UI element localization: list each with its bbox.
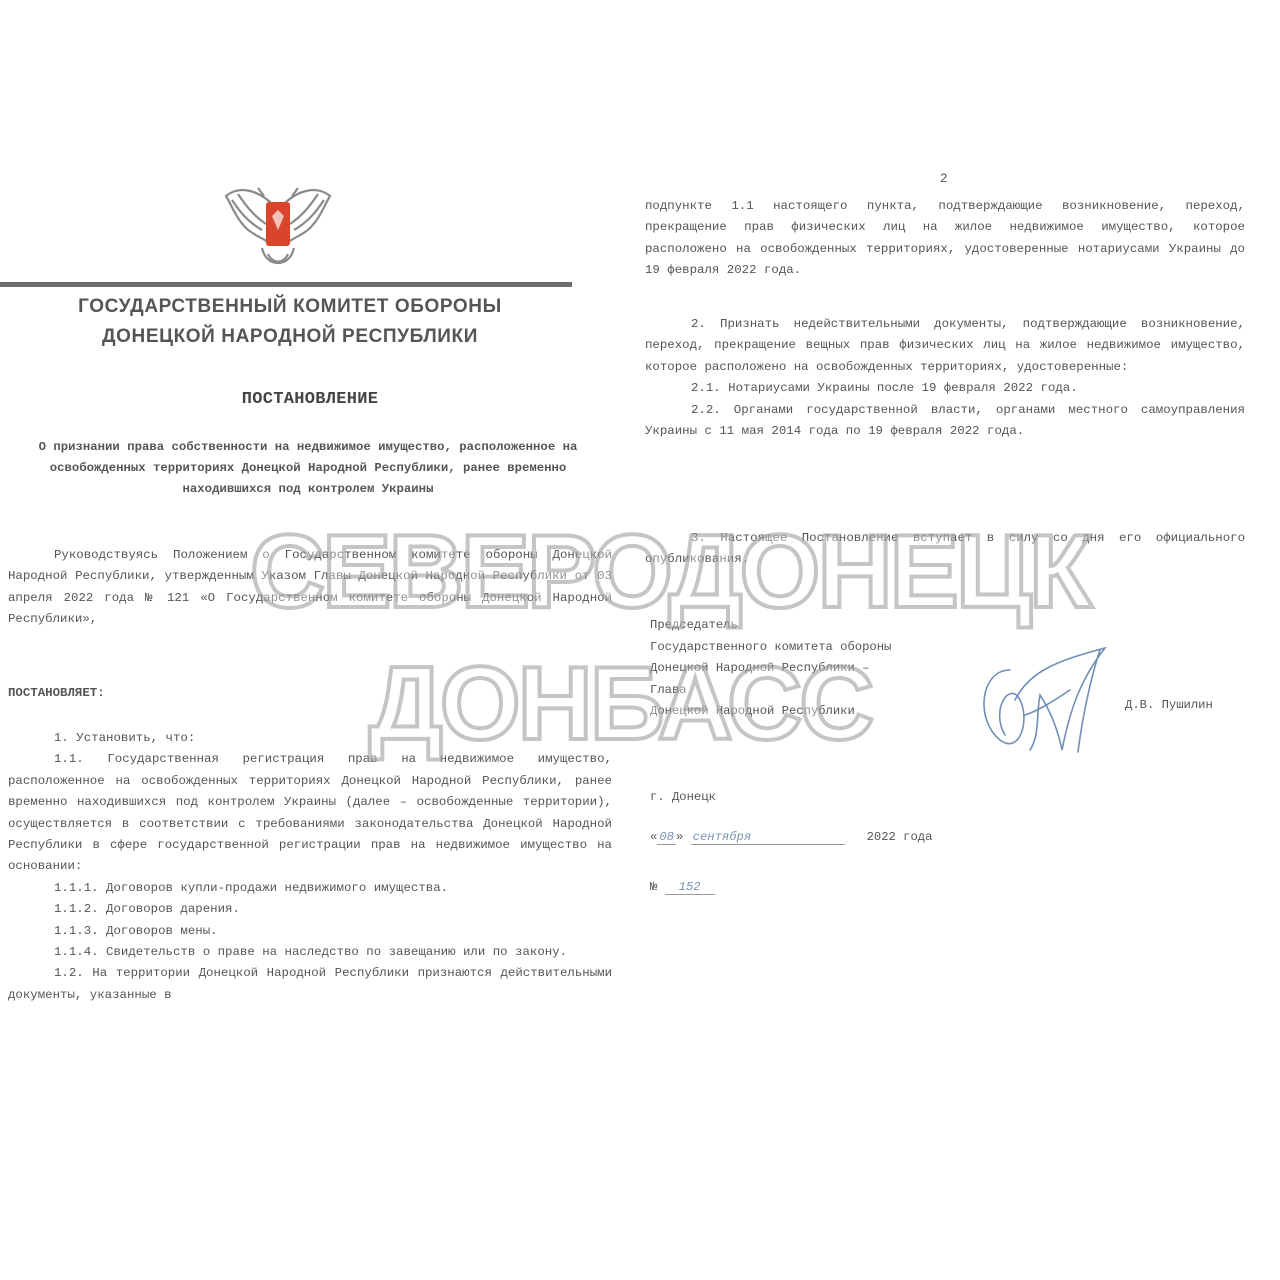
coat-of-arms-icon (218, 168, 338, 276)
issue-date: «08» сентября 2022 года (650, 830, 932, 845)
document-title: ПОСТАНОВЛЕНИЕ (0, 390, 620, 409)
organization-title: ГОСУДАРСТВЕННЫЙ КОМИТЕТ ОБОРОНЫ ДОНЕЦКОЙ… (20, 292, 560, 352)
header-rule (0, 282, 572, 287)
date-month: сентября (691, 830, 845, 845)
document-number: № 152 (650, 880, 715, 895)
document-number-value: 152 (665, 880, 715, 895)
date-day: 08 (657, 830, 676, 845)
paragraph-3: 3. Настоящее Постановление вступает в си… (645, 528, 1245, 571)
place-of-issue: г. Донецк (650, 790, 716, 804)
paragraph-2: 2. Признать недействительными документы,… (645, 314, 1245, 442)
signatory-block: Председатель Государственного комитета о… (650, 615, 891, 723)
signature-icon (970, 640, 1120, 770)
resolution-body: 1. Установить, что: 1.1. Государственная… (8, 728, 612, 1006)
preamble: Руководствуясь Положением о Государствен… (8, 545, 612, 631)
resolve-label: ПОСТАНОВЛЯЕТ: (8, 683, 612, 704)
continuation-paragraph: подпункте 1.1 настоящего пункта, подтвер… (645, 196, 1245, 282)
date-year: 2022 года (867, 830, 933, 844)
document-subject: О признании права собственности на недви… (4, 437, 612, 500)
signatory-name: Д.В. Пушилин (1125, 698, 1213, 712)
page-number: 2 (940, 172, 948, 186)
